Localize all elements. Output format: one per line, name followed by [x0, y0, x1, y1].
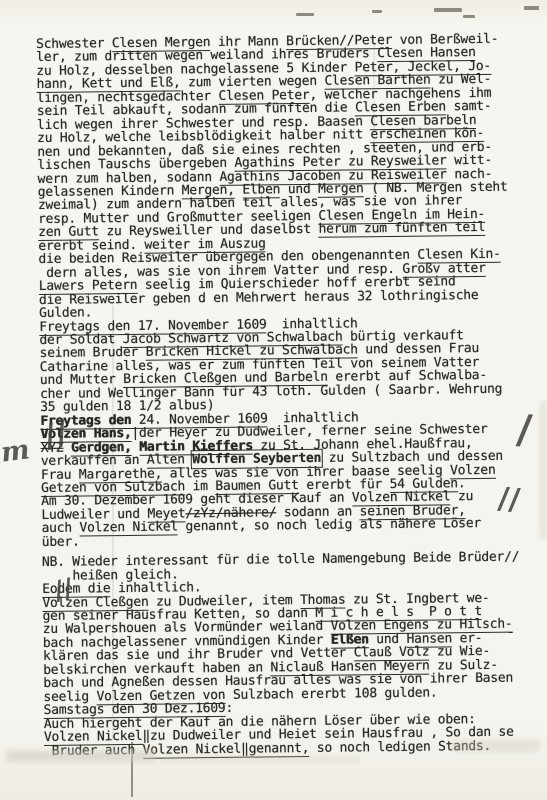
scanned-document-page: { "page": { "colors": { "paper": "#f6f4e…	[0, 0, 547, 800]
plain-text: Sulzbach ererbt 108 gulden.	[225, 685, 437, 702]
handwritten-letter-m: m	[0, 436, 31, 466]
paper-sheet: Schwester Clesen Mergen ihr Mann Brücken…	[0, 0, 547, 800]
fold-line	[112, 305, 114, 740]
scan-smudge	[452, 740, 540, 752]
scan-smudge	[6, 750, 156, 762]
edge-mark	[296, 13, 314, 16]
pencil-slash-right: /	[515, 409, 533, 450]
plain-text: über.	[42, 534, 80, 549]
edge-mark	[434, 8, 462, 12]
edge-mark	[463, 15, 475, 18]
fold-line	[373, 42, 375, 212]
annotated-text: Volzen Nickel	[79, 520, 178, 537]
scan-smudge	[160, 756, 360, 763]
edge-mark	[524, 6, 539, 10]
pencil-double-slash-right: //	[497, 484, 521, 516]
scan-smudge	[540, 400, 546, 540]
edge-mark	[372, 10, 382, 13]
annotated-text: herum zum fünften teil	[318, 220, 485, 238]
